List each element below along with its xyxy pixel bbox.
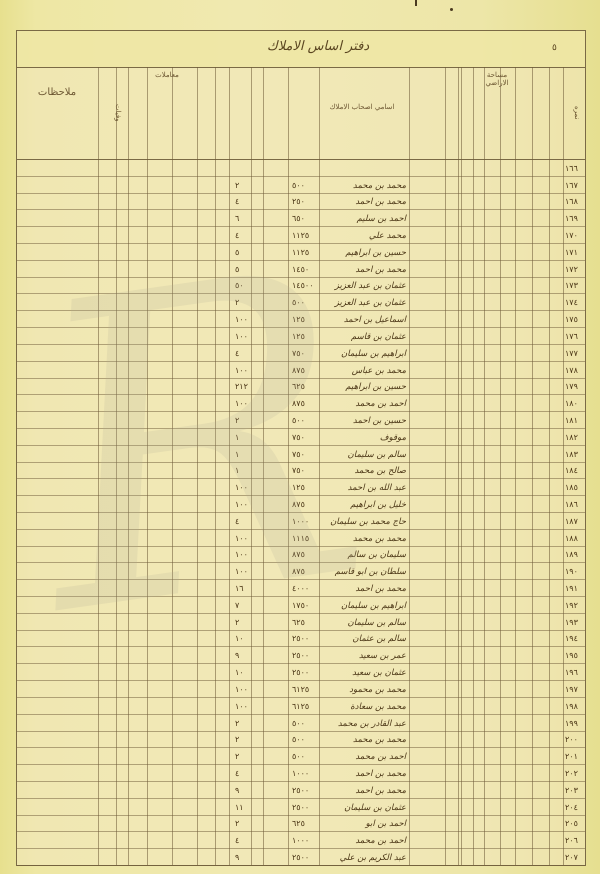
row-divider	[17, 277, 585, 278]
property-value: ١٠٠٠	[292, 769, 309, 778]
row-number: ١٧٧	[565, 349, 578, 358]
column-divider	[409, 67, 410, 865]
property-value: ٧٥٠	[292, 349, 305, 358]
row-number: ١٨٠	[565, 399, 578, 408]
share-value: ١٠٠	[235, 567, 248, 576]
header-land-area: مساحة الاراضي	[477, 71, 517, 87]
share-value: ٢	[235, 735, 239, 744]
column-divider	[319, 67, 320, 865]
owner-name: عبد القادر بن محمد	[322, 719, 406, 729]
share-value: ١٠٠	[235, 702, 248, 711]
row-number: ١٩٤	[565, 634, 578, 643]
ink-dot	[450, 8, 453, 11]
property-value: ٥٠٠	[292, 181, 305, 190]
property-value: ٦٢٥	[292, 819, 305, 828]
ink-mark	[415, 0, 417, 6]
row-number: ١٨٤	[565, 466, 578, 475]
column-divider	[288, 67, 289, 865]
row-divider	[17, 680, 585, 681]
share-value: ٤	[235, 231, 239, 240]
property-value: ١٢٥	[292, 332, 305, 341]
row-divider	[17, 798, 585, 799]
share-value: ٥	[235, 248, 239, 257]
property-value: ١٤٥٠	[292, 265, 309, 274]
property-value: ٤٠٠٠	[292, 584, 309, 593]
share-value: ٩	[235, 853, 239, 862]
row-number: ٢٠٠	[565, 735, 578, 744]
row-divider	[17, 394, 585, 395]
owner-name: محمد بن احمد	[322, 197, 406, 207]
column-divider	[116, 67, 117, 865]
property-value: ٨٧٥	[292, 399, 305, 408]
header-remarks: ملاحظات	[37, 87, 77, 137]
owner-name: عثمان بن سليمان	[322, 803, 406, 813]
owner-name: محمد بن محمد	[322, 181, 406, 191]
row-number: ١٩٩	[565, 719, 578, 728]
owner-name: احمد بن محمد	[322, 836, 406, 846]
property-value: ٨٧٥	[292, 567, 305, 576]
property-value: ١٠٠٠	[292, 836, 309, 845]
share-value: ٤	[235, 197, 239, 206]
property-value: ١٠٠٠	[292, 517, 309, 526]
share-value: ٢	[235, 618, 239, 627]
row-divider	[17, 562, 585, 563]
row-divider	[17, 411, 585, 412]
row-divider	[17, 663, 585, 664]
row-number: ١٧٨	[565, 366, 578, 375]
row-divider	[17, 781, 585, 782]
share-value: ١٠	[235, 668, 244, 677]
row-divider	[17, 428, 585, 429]
owner-name: ابراهيم بن سليمان	[322, 349, 406, 359]
share-value: ١٠٠	[235, 685, 248, 694]
row-divider	[17, 260, 585, 261]
row-number: ١٩٦	[565, 668, 578, 677]
row-divider	[17, 478, 585, 479]
row-number: ١٩١	[565, 584, 578, 593]
owner-name: عثمان بن عبد العزيز	[322, 281, 406, 291]
owner-name: احمد بن محمد	[322, 399, 406, 409]
owner-name: عمر بن سعيد	[322, 651, 406, 661]
owner-name: احمد بن سليم	[322, 214, 406, 224]
row-number: ١٨٣	[565, 450, 578, 459]
row-number: ١٧٣	[565, 281, 578, 290]
row-divider	[17, 176, 585, 177]
share-value: ١٦	[235, 584, 244, 593]
row-divider	[17, 378, 585, 379]
column-divider	[473, 67, 474, 865]
owner-name: سالم بن سليمان	[322, 450, 406, 460]
property-value: ٥٠٠	[292, 298, 305, 307]
row-number: ١٨٩	[565, 550, 578, 559]
share-value: ١٠٠	[235, 483, 248, 492]
header-owners-names: اسامي اصحاب الاملاك	[317, 103, 407, 123]
owner-name: حسين بن ابراهيم	[322, 382, 406, 392]
share-value: ٤	[235, 836, 239, 845]
share-value: ٢	[235, 819, 239, 828]
share-value: ١٠٠	[235, 550, 248, 559]
column-divider	[563, 67, 564, 865]
column-divider	[532, 67, 533, 865]
row-number: ١٦٩	[565, 214, 578, 223]
scanned-ledger-page: دفتر اساس الاملاك ٥ ملاحظات وفيات معاملا…	[0, 0, 600, 874]
row-divider	[17, 529, 585, 530]
row-divider	[17, 613, 585, 614]
row-number: ١٩٢	[565, 601, 578, 610]
owner-name: سليمان بن سالم	[322, 550, 406, 560]
share-value: ٤	[235, 769, 239, 778]
column-divider	[98, 67, 99, 865]
property-value: ٢٥٠٠	[292, 668, 309, 677]
row-number: ١٨٧	[565, 517, 578, 526]
row-divider	[17, 462, 585, 463]
column-divider	[229, 67, 230, 865]
share-value: ٥	[235, 265, 239, 274]
owner-name: سالم بن سليمان	[322, 618, 406, 628]
row-divider	[17, 579, 585, 580]
owner-name: محمد بن سعادة	[322, 702, 406, 712]
property-value: ١٧٥٠	[292, 601, 309, 610]
column-divider	[484, 67, 485, 865]
row-number: ١٨٨	[565, 534, 578, 543]
column-divider	[147, 67, 148, 865]
share-value: ٢	[235, 416, 239, 425]
row-divider	[17, 327, 585, 328]
property-value: ٢٥٠٠	[292, 651, 309, 660]
row-divider	[17, 546, 585, 547]
column-divider	[458, 67, 459, 865]
share-value: ١٠٠	[235, 332, 248, 341]
share-value: ٦	[235, 214, 239, 223]
share-value: ٢١٢	[235, 382, 248, 391]
row-divider	[17, 630, 585, 631]
column-divider	[128, 67, 129, 865]
owner-name: محمد بن احمد	[322, 265, 406, 275]
share-value: ٢	[235, 752, 239, 761]
share-value: ٧	[235, 601, 239, 610]
ledger-table: دفتر اساس الاملاك ٥ ملاحظات وفيات معاملا…	[16, 30, 586, 866]
property-value: ٦٢٥	[292, 618, 305, 627]
row-divider	[17, 495, 585, 496]
row-number: ١٧٤	[565, 298, 578, 307]
owner-name: عبد الكريم بن علي	[322, 853, 406, 863]
row-number: ١٧٥	[565, 315, 578, 324]
property-value: ٥٠٠	[292, 416, 305, 425]
owner-name: محمد بن محمود	[322, 685, 406, 695]
share-value: ١٠٠	[235, 366, 248, 375]
property-value: ١٢٥	[292, 315, 305, 324]
row-divider	[17, 831, 585, 832]
row-divider	[17, 646, 585, 647]
row-divider	[17, 714, 585, 715]
column-divider	[549, 67, 550, 865]
owner-name: عبد الله بن احمد	[322, 483, 406, 493]
row-number: ٢٠٧	[565, 853, 578, 862]
owner-name: حاج محمد بن سليمان	[322, 517, 406, 527]
share-value: ١	[235, 466, 239, 475]
property-value: ١١٢٥	[292, 248, 309, 257]
row-number: ١٩٥	[565, 651, 578, 660]
row-divider	[17, 293, 585, 294]
property-value: ١٢٥	[292, 483, 305, 492]
row-divider	[17, 243, 585, 244]
column-divider	[251, 67, 252, 865]
property-value: ٢٥٠٠	[292, 853, 309, 862]
share-value: ٢	[235, 181, 239, 190]
share-value: ٢	[235, 719, 239, 728]
owner-name: محمد بن احمد	[322, 769, 406, 779]
property-value: ٦١٢٥	[292, 702, 309, 711]
column-divider	[445, 67, 446, 865]
column-divider	[215, 67, 216, 865]
share-value: ١٠٠	[235, 315, 248, 324]
property-value: ٦٢٥	[292, 382, 305, 391]
owner-name: صالح بن محمد	[322, 466, 406, 476]
row-number: ٢٠٣	[565, 786, 578, 795]
property-value: ٢٥٠٠	[292, 786, 309, 795]
row-number: ١٦٧	[565, 181, 578, 190]
owner-name: محمد علي	[322, 231, 406, 241]
row-divider	[17, 445, 585, 446]
share-value: ١	[235, 433, 239, 442]
row-number: ٢٠٥	[565, 819, 578, 828]
row-divider	[17, 209, 585, 210]
row-number: ١٧٩	[565, 382, 578, 391]
owner-name: حسين بن ابراهيم	[322, 248, 406, 258]
row-number: ١٨٢	[565, 433, 578, 442]
row-divider	[17, 310, 585, 311]
column-divider	[515, 67, 516, 865]
property-value: ٢٥٠	[292, 197, 305, 206]
owner-name: محمد بن احمد	[322, 786, 406, 796]
share-value: ١٠	[235, 634, 244, 643]
property-value: ٨٧٥	[292, 550, 305, 559]
owner-name: محمد بن محمد	[322, 534, 406, 544]
page-number: ٥	[552, 43, 557, 53]
property-value: ٨٧٥	[292, 500, 305, 509]
row-divider	[17, 344, 585, 345]
property-value: ٥٠٠	[292, 719, 305, 728]
row-divider	[17, 747, 585, 748]
row-number: ١٩٨	[565, 702, 578, 711]
property-value: ٧٥٠	[292, 450, 305, 459]
property-value: ١١١٥	[292, 534, 309, 543]
row-number: ١٧٢	[565, 265, 578, 274]
column-divider	[500, 67, 501, 865]
share-value: ٤	[235, 349, 239, 358]
row-number: ١٧٦	[565, 332, 578, 341]
column-divider	[461, 67, 462, 865]
row-divider	[17, 596, 585, 597]
row-divider	[17, 697, 585, 698]
row-number: ٢٠٤	[565, 803, 578, 812]
property-value: ٨٧٥	[292, 366, 305, 375]
property-value: ١١٢٥	[292, 231, 309, 240]
owner-name: عثمان بن قاسم	[322, 332, 406, 342]
owner-name: احمد بن محمد	[322, 752, 406, 762]
column-divider	[172, 67, 173, 865]
share-value: ٥٠	[235, 281, 244, 290]
owner-name: حسين بن احمد	[322, 416, 406, 426]
owner-name: محمد بن احمد	[322, 584, 406, 594]
owner-name: خليل بن ابراهيم	[322, 500, 406, 510]
column-divider	[263, 67, 264, 865]
row-number: ١٨١	[565, 416, 578, 425]
row-number: ١٨٥	[565, 483, 578, 492]
row-number: ١٦٦	[565, 164, 578, 173]
share-value: ١	[235, 450, 239, 459]
row-divider	[17, 815, 585, 816]
property-value: ٧٥٠	[292, 433, 305, 442]
owner-name: عثمان بن سعيد	[322, 668, 406, 678]
row-divider	[17, 361, 585, 362]
header-row-number: نمره	[567, 67, 581, 159]
property-value: ١٤٥٠٠	[292, 281, 313, 290]
row-divider	[17, 865, 585, 866]
owner-name: محمد بن عباس	[322, 366, 406, 376]
property-value: ٢٥٠٠	[292, 634, 309, 643]
share-value: ٩	[235, 651, 239, 660]
ledger-title: دفتر اساس الاملاك	[267, 39, 369, 54]
row-number: ١٧١	[565, 248, 578, 257]
row-divider	[17, 848, 585, 849]
row-divider	[17, 226, 585, 227]
row-number: ١٦٨	[565, 197, 578, 206]
row-number: ١٧٠	[565, 231, 578, 240]
share-value: ٩	[235, 786, 239, 795]
share-value: ١٠٠	[235, 399, 248, 408]
row-number: ٢٠٢	[565, 769, 578, 778]
owner-name: عثمان بن عبد العزيز	[322, 298, 406, 308]
header-transactions: معاملات	[147, 71, 187, 87]
property-value: ٥٠٠	[292, 752, 305, 761]
share-value: ٢	[235, 298, 239, 307]
property-value: ٥٠٠	[292, 735, 305, 744]
row-number: ١٩٣	[565, 618, 578, 627]
property-value: ٦٥٠	[292, 214, 305, 223]
owner-name: سلطان بن ابو قاسم	[322, 567, 406, 577]
share-value: ١٠٠	[235, 534, 248, 543]
row-divider	[17, 193, 585, 194]
owner-name: احمد بن ابو	[322, 819, 406, 829]
share-value: ١١	[235, 803, 244, 812]
property-value: ٢٥٠٠	[292, 803, 309, 812]
owner-name: اسماعيل بن احمد	[322, 315, 406, 325]
property-value: ٧٥٠	[292, 466, 305, 475]
column-divider	[197, 67, 198, 865]
row-number: ١٩٠	[565, 567, 578, 576]
share-value: ٤	[235, 517, 239, 526]
row-divider	[17, 512, 585, 513]
property-value: ٦١٢٥	[292, 685, 309, 694]
title-band: دفتر اساس الاملاك ٥	[17, 31, 585, 68]
row-number: ٢٠٦	[565, 836, 578, 845]
share-value: ١٠٠	[235, 500, 248, 509]
owner-name: موقوف	[322, 433, 406, 443]
row-number: ٢٠١	[565, 752, 578, 761]
row-divider	[17, 731, 585, 732]
header-deaths: وفيات	[102, 67, 122, 159]
owner-name: محمد بن محمد	[322, 735, 406, 745]
owner-name: ابراهيم بن سليمان	[322, 601, 406, 611]
owner-name: سالم بن عثمان	[322, 634, 406, 644]
row-divider	[17, 764, 585, 765]
row-number: ١٩٧	[565, 685, 578, 694]
row-number: ١٨٦	[565, 500, 578, 509]
